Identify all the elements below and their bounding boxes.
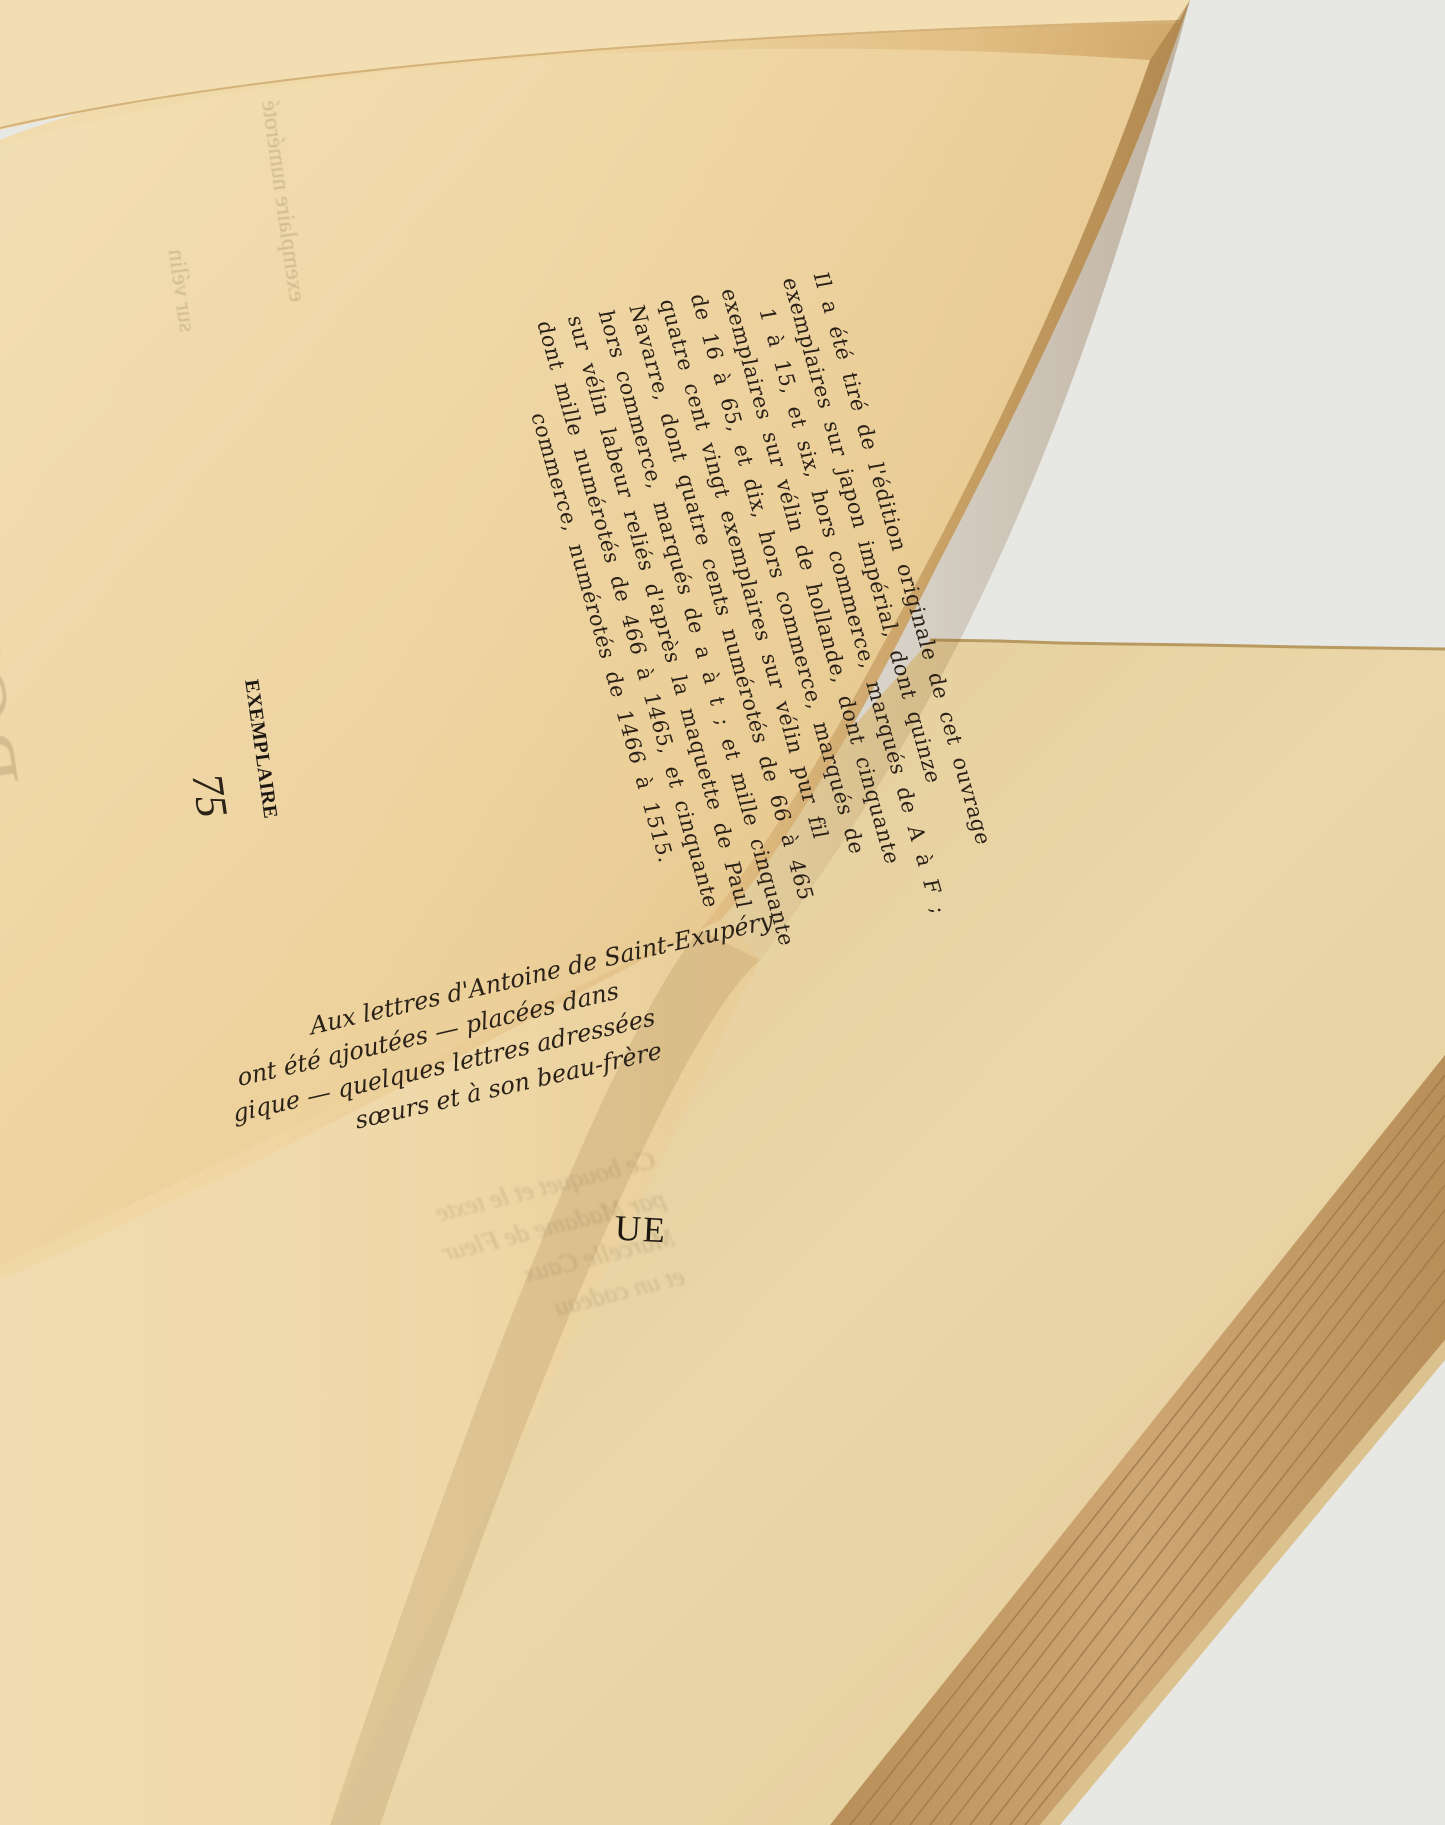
exemplaire-number: 75 bbox=[181, 770, 238, 821]
book-photo-background bbox=[0, 0, 1445, 1825]
